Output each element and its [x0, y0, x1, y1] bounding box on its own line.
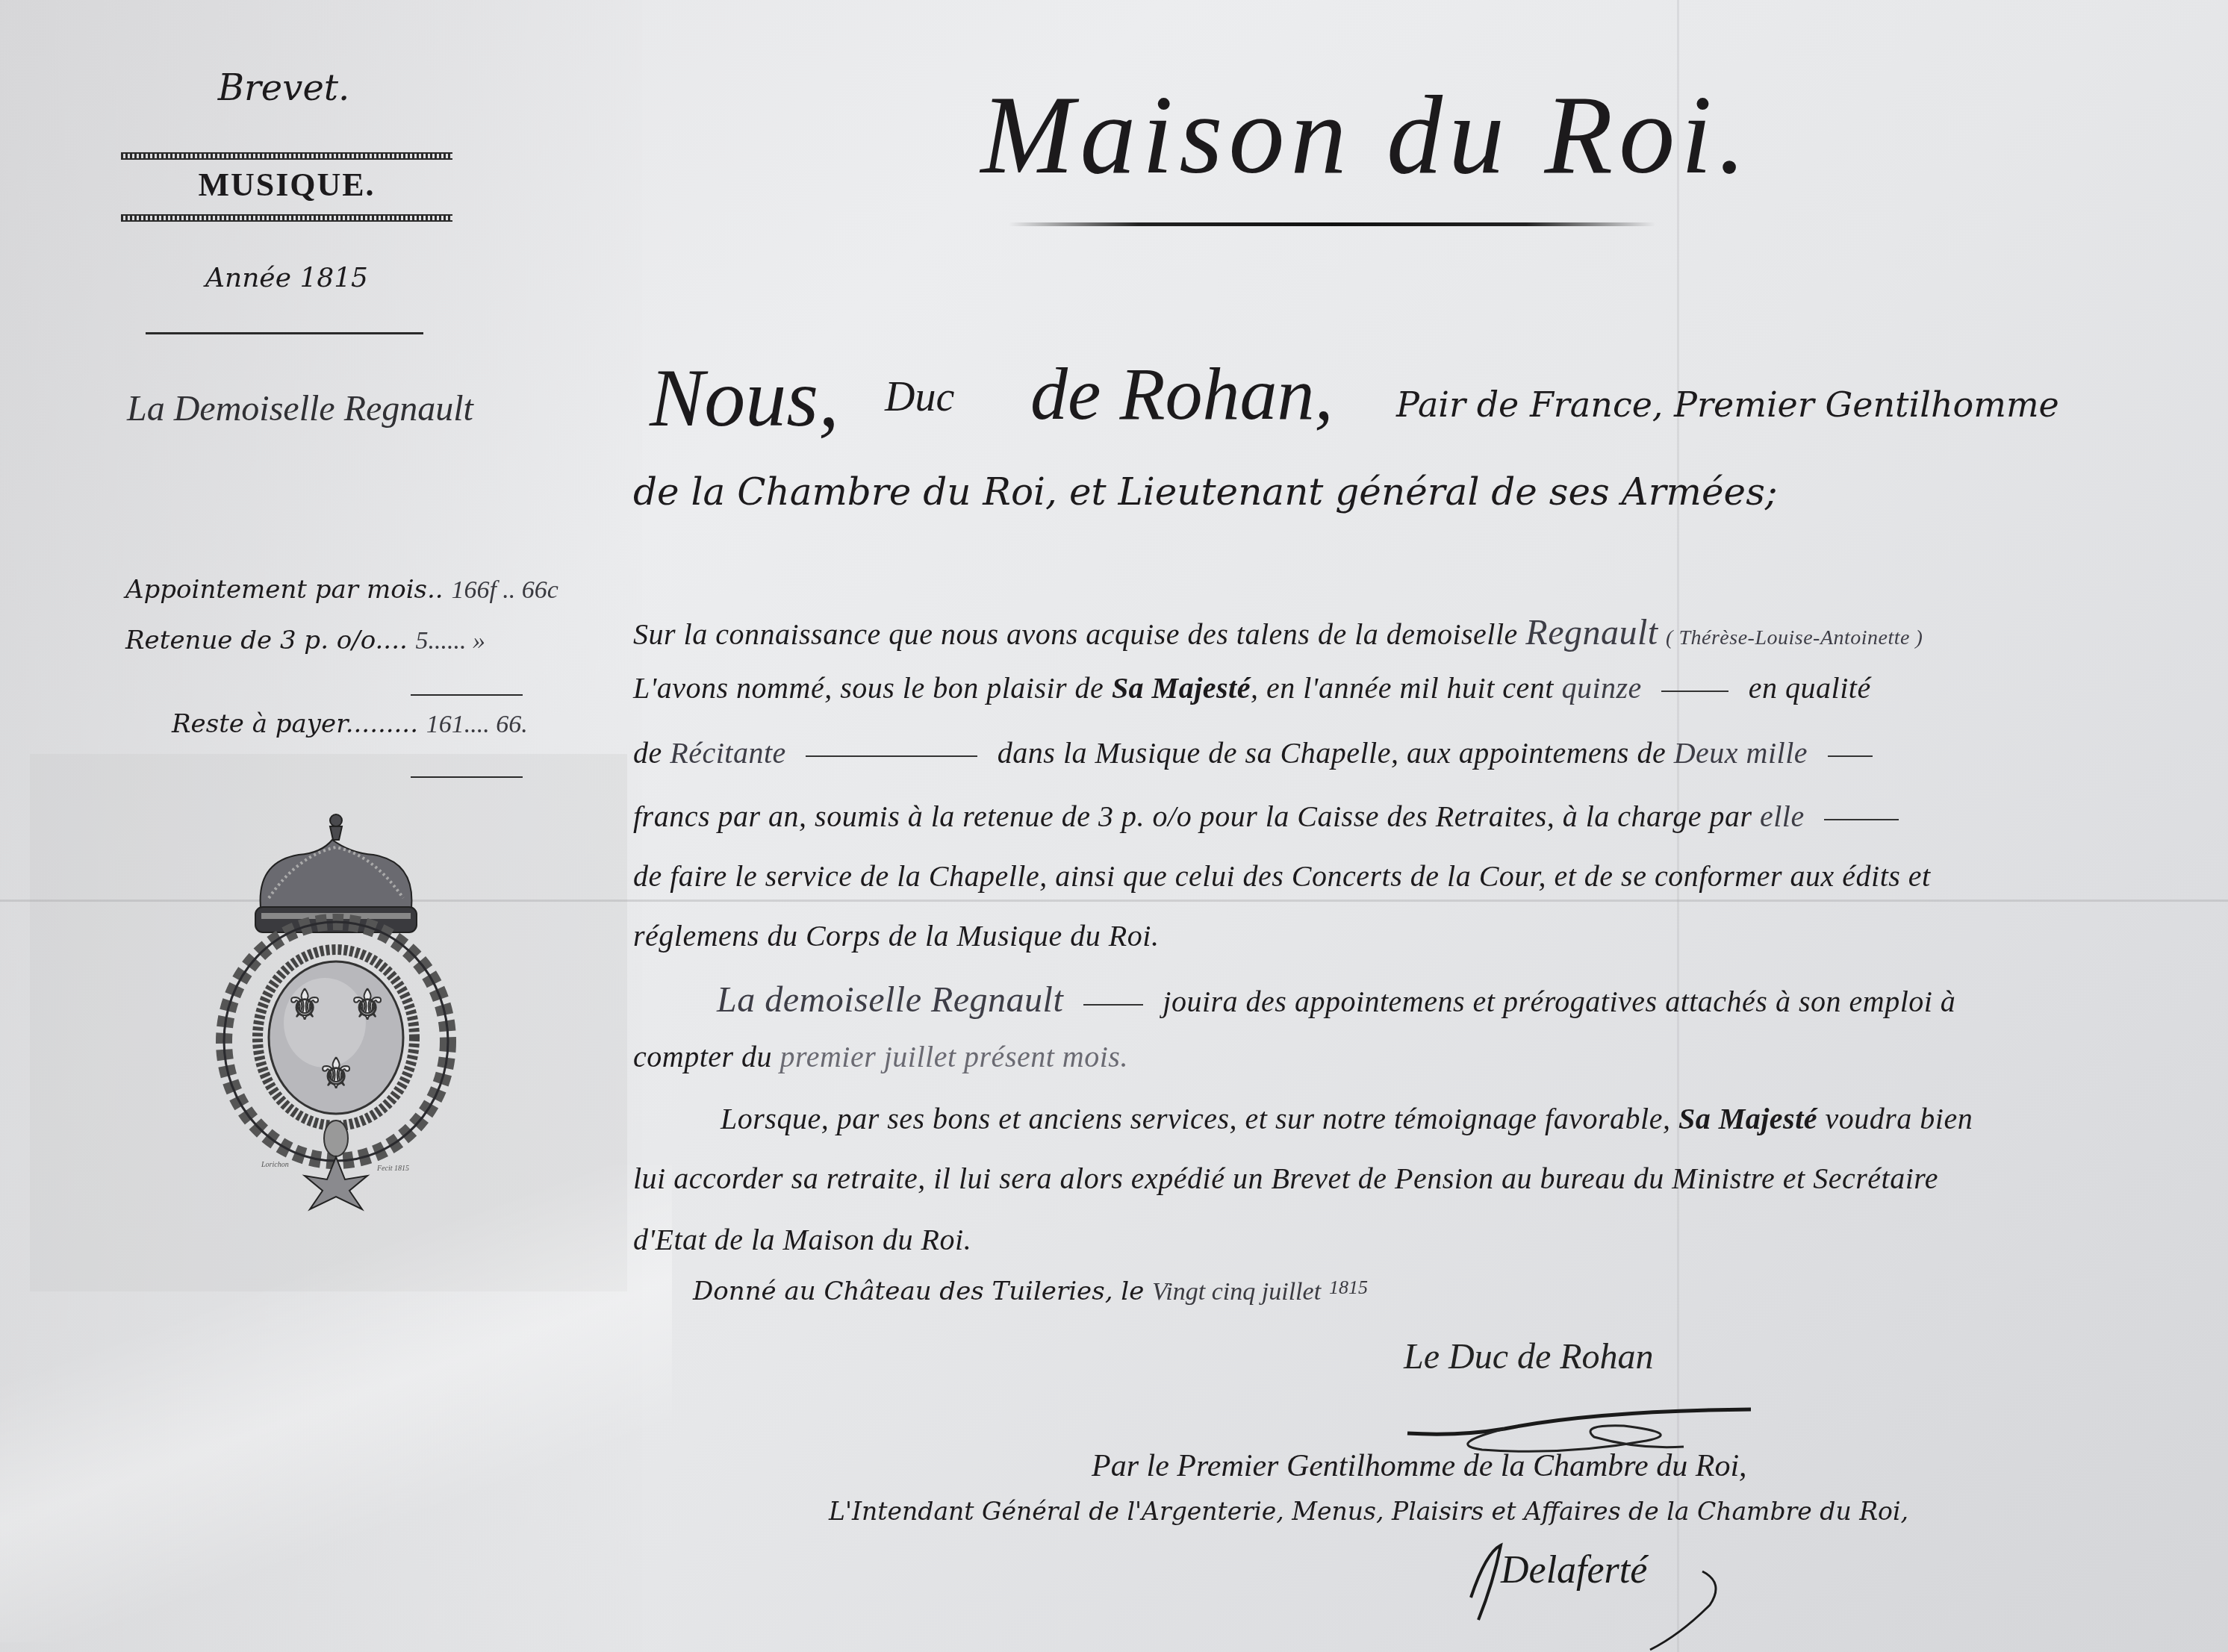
filled-amount: Deux mille [1674, 736, 1808, 770]
body-text: jouira des appointemens et prérogatives … [1163, 985, 1955, 1018]
filled-start-date: premier juillet présent mois. [780, 1040, 1128, 1073]
filled-year: quinze [1561, 671, 1641, 705]
brevet-label: Brevet. [202, 67, 366, 109]
preamble-de-rohan: de Rohan, [1030, 351, 1333, 437]
given-at-line: Donné au Château des Tuileries, le Vingt… [693, 1277, 1368, 1306]
body-text: compter du [633, 1040, 772, 1073]
filled-given-names: ( Thérèse-Louise-Antoinette ) [1666, 626, 1923, 649]
filled-given-year: 1815 [1329, 1277, 1368, 1298]
body-text: Sur la connaissance que nous avons acqui… [633, 617, 1518, 651]
body-line-10: lui accorder sa retraite, il lui sera al… [633, 1161, 1938, 1196]
preamble-nous: Nous, [650, 351, 839, 446]
account-label: Appointement par mois.. [125, 575, 444, 605]
body-line-6: réglemens du Corps de la Musique du Roi. [633, 918, 1159, 953]
body-text: Lorsque, par ses bons et anciens service… [721, 1102, 1670, 1135]
signature-intendant-text: Delaferté [1500, 1549, 1649, 1592]
title-underline [1009, 222, 1655, 226]
royal-coat-of-arms-icon: ⚜ ⚜ ⚜ [209, 810, 463, 1213]
paper-crease [0, 1165, 672, 1642]
body-text: de [633, 736, 662, 770]
body-line-8: compter du premier juillet présent mois. [633, 1039, 1128, 1074]
sa-majeste: Sa Majesté [1678, 1102, 1817, 1135]
par-le-premier-gentilhomme: Par le Premier Gentilhomme de la Chambre… [1092, 1448, 1747, 1484]
body-text: dans la Musique de sa Chapelle, aux appo… [998, 736, 1666, 770]
engraver-credit-right: Fecit 1815 [377, 1165, 409, 1173]
body-line-4: francs par an, soumis à la retenue de 3 … [633, 799, 1911, 834]
fill-dash [1828, 755, 1873, 757]
account-label: Retenue de 3 p. o/o.... [125, 626, 408, 655]
intendant-title: L'Intendant Général de l'Argenterie, Men… [829, 1497, 1908, 1526]
body-line-7: La demoiselle Regnault jouira des appoin… [717, 979, 1955, 1020]
account-row-appointement: Appointement par mois.. 166f .. 66c [125, 575, 558, 605]
section-title-musique: MUSIQUE. [121, 166, 452, 204]
fill-dash [1661, 691, 1728, 692]
svg-text:⚜: ⚜ [317, 1050, 355, 1098]
filled-name: La demoiselle Regnault [717, 980, 1063, 1020]
body-line-9: Lorsque, par ses bons et anciens service… [721, 1101, 1973, 1136]
svg-text:⚜: ⚜ [349, 981, 386, 1029]
body-line-5: de faire le service de la Chapelle, ains… [633, 858, 1931, 894]
account-label: Reste à payer......... [172, 709, 418, 739]
sum-rule [411, 694, 523, 696]
fill-dash [1824, 819, 1899, 820]
fill-dash [806, 755, 977, 757]
left-divider [146, 332, 423, 334]
document-title: Maison du Roi. [926, 71, 1807, 199]
filled-given-date: Vingt cinq juillet [1152, 1278, 1321, 1306]
body-text: , en l'année mil huit cent [1251, 671, 1554, 705]
engraver-credit-left: Lorichon [261, 1161, 289, 1169]
sa-majeste: Sa Majesté [1112, 671, 1251, 705]
preamble-duc: Duc [885, 373, 954, 421]
preamble-titles-line1: Pair de France, Premier Gentilhomme [1396, 384, 2059, 425]
account-value: 161.... 66. [426, 711, 528, 738]
year-label: Année 1815 [121, 263, 452, 293]
preamble-titles-line2: de la Chambre du Roi, et Lieutenant géné… [633, 470, 1778, 514]
total-rule [411, 776, 523, 778]
svg-text:⚜: ⚜ [286, 981, 323, 1029]
account-row-retenue: Retenue de 3 p. o/o.... 5...... » [125, 626, 485, 655]
body-text: francs par an, soumis à la retenue de 3 … [633, 799, 1752, 833]
body-text: en qualité [1749, 671, 1871, 705]
body-text: voudra bien [1826, 1102, 1973, 1135]
recipient-name: La Demoiselle Regnault [127, 388, 473, 429]
filled-pronoun: elle [1760, 799, 1805, 833]
account-value: 166f .. 66c [451, 576, 558, 604]
fill-dash [1083, 1004, 1143, 1006]
filled-role: Récitante [670, 736, 786, 770]
body-line-1: Sur la connaissance que nous avons acqui… [633, 612, 1923, 653]
body-line-3: de Récitante dans la Musique de sa Chape… [633, 735, 1885, 770]
ornamental-rule-top [121, 152, 452, 160]
given-at-text: Donné au Château des Tuileries, le [693, 1277, 1144, 1306]
account-value: 5...... » [416, 627, 486, 655]
body-line-2: L'avons nommé, sous le bon plaisir de Sa… [633, 670, 1871, 705]
body-line-11: d'Etat de la Maison du Roi. [633, 1222, 971, 1257]
signature-duc-de-rohan: Le Duc de Rohan [1404, 1336, 1654, 1377]
ornamental-rule-bottom [121, 214, 452, 222]
filled-name: Regnault [1525, 613, 1658, 652]
signature-intendant: Delaferté [1456, 1538, 1755, 1652]
account-row-reste: Reste à payer......... 161.... 66. [172, 709, 528, 739]
body-text: L'avons nommé, sous le bon plaisir de [633, 671, 1104, 705]
